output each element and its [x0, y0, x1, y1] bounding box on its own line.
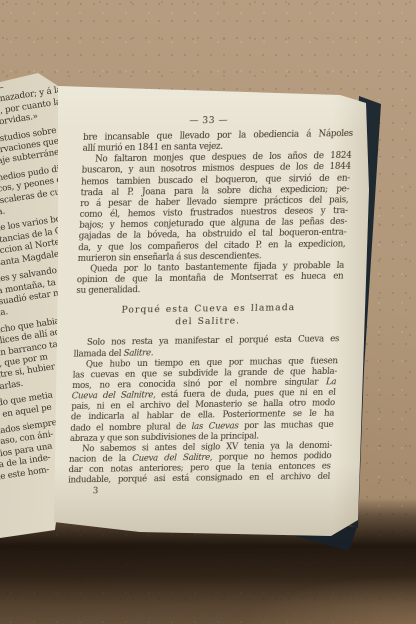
italic-text-run: Cueva del Salnitre — [72, 391, 154, 402]
text-run: por las muchas que — [238, 420, 334, 431]
book-photograph: —enazador; y á las pao, por cuanto las a… — [0, 0, 416, 624]
left-page-text-fragment: ia. — [0, 207, 6, 220]
right-page-text: — 33 — bre incansable que llevado por la… — [67, 114, 354, 497]
page-number: — 33 — — [73, 114, 344, 131]
text-run: dado el nombre plural de — [70, 422, 192, 433]
section-heading: Porqué esta Cueva es llamadadel Salitre. — [75, 301, 342, 330]
text-run: llamada del — [73, 349, 123, 359]
text-run: nacion de la — [69, 454, 133, 464]
text-run: su generalidad. — [76, 285, 140, 296]
italic-text-run: Salitre. — [123, 348, 153, 358]
italic-text-run: La — [326, 378, 337, 388]
italic-text-run: Cueva del Salitre — [132, 453, 210, 464]
left-page-text-fragment: varlas. — [0, 379, 24, 394]
open-book: —enazador; y á las pao, por cuanto las a… — [0, 70, 392, 575]
italic-text-run: las Cuevas — [191, 421, 238, 431]
text-run: 3 — [93, 486, 99, 495]
left-page-text-fragment: na. — [0, 307, 9, 320]
heading-line: del Salitre. — [75, 314, 341, 330]
text-run: , porque no hemos podido — [210, 452, 332, 463]
right-page: — 33 — bre incansable que llevado por la… — [0, 70, 392, 575]
